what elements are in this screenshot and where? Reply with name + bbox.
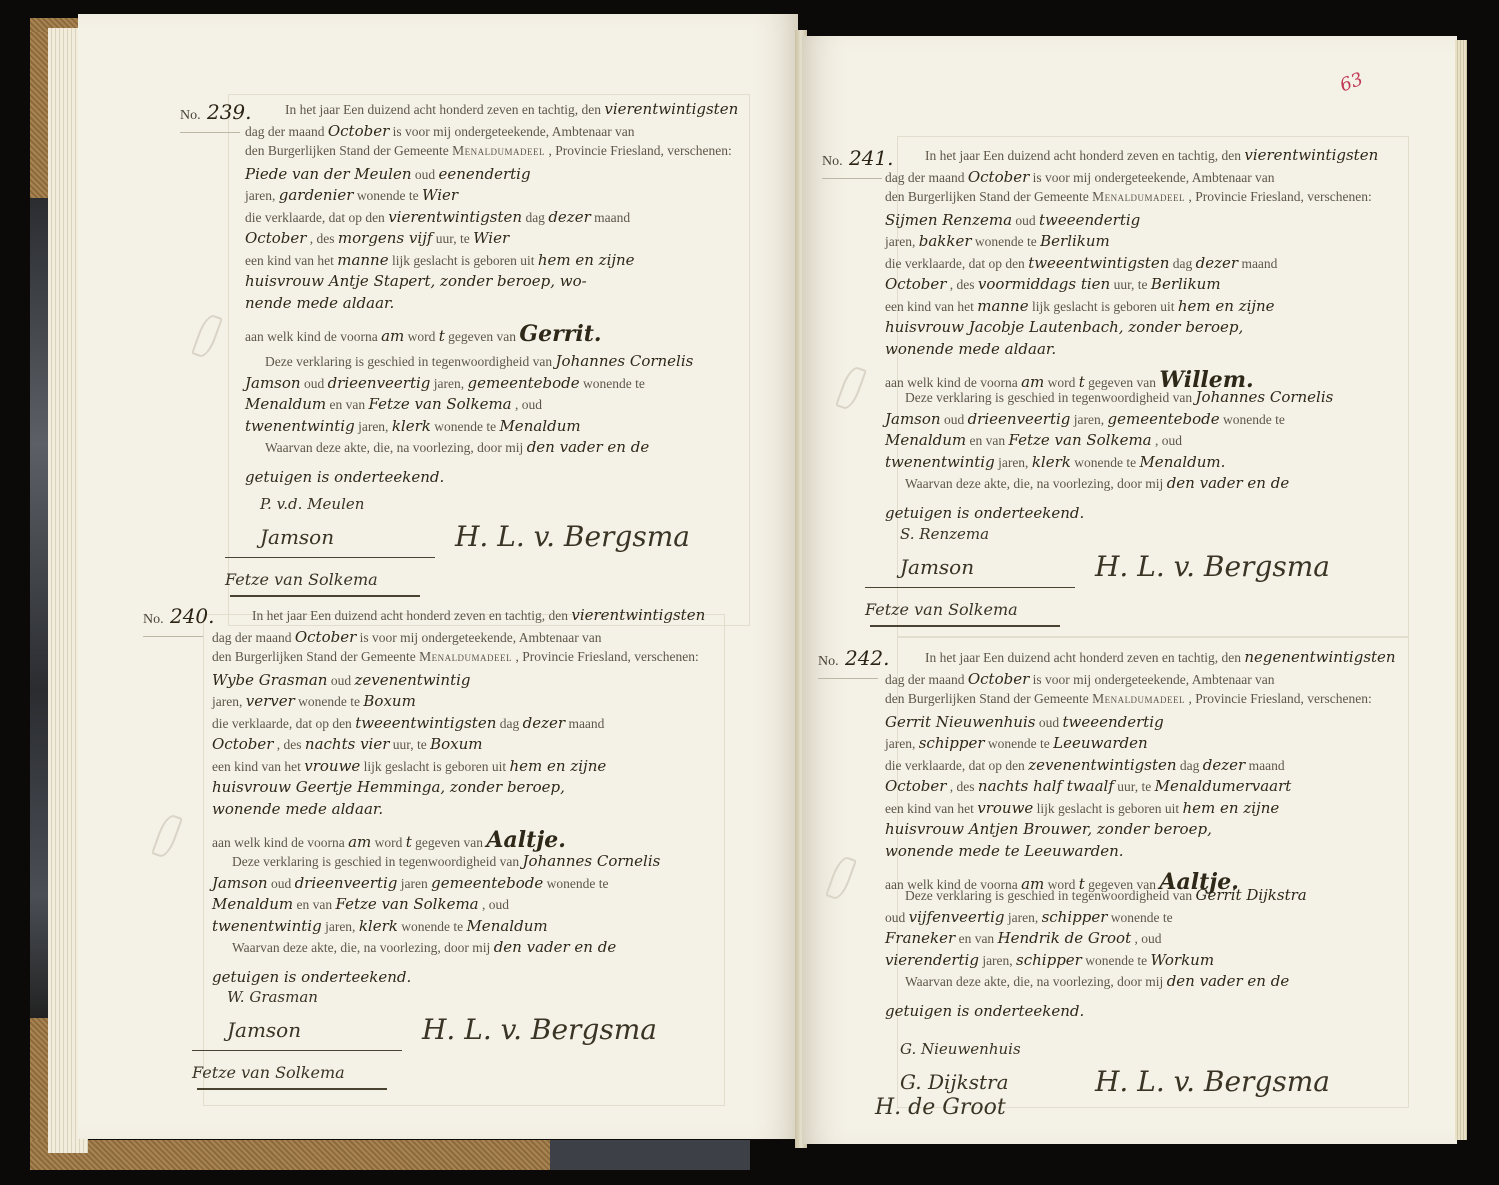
handwritten-entry: vierentwintigsten bbox=[604, 100, 738, 118]
printed-text: In het jaar Een duizend acht honderd zev… bbox=[285, 102, 601, 117]
printed-text: oud bbox=[1015, 213, 1035, 228]
signature-rule bbox=[865, 587, 1075, 588]
record-line: die verklaarde, dat op den vierentwintig… bbox=[245, 208, 630, 226]
printed-text: die verklaarde, dat op den bbox=[245, 210, 385, 225]
record-number-label: No. bbox=[180, 108, 201, 123]
printed-text: oud bbox=[271, 876, 291, 891]
printed-text: lijk geslacht is geboren uit bbox=[392, 253, 534, 268]
handwritten-entry: vierentwintigsten bbox=[571, 606, 705, 624]
printed-text: Deze verklaring is geschied in tegenwoor… bbox=[232, 854, 519, 869]
handwritten-entry: vrouwe bbox=[304, 757, 360, 775]
printed-text: aan welk kind de voorna bbox=[212, 835, 345, 850]
record-line: Waarvan deze akte, die, na voorlezing, d… bbox=[232, 938, 616, 956]
handwritten-entry: gardenier bbox=[279, 186, 354, 204]
record-line: October , des morgens vijf uur, te Wier bbox=[245, 229, 509, 247]
handwritten-entry: drieenveertig bbox=[328, 374, 431, 392]
record-line: oud vijfenveertig jaren, schipper wonend… bbox=[885, 908, 1173, 926]
record-line: Deze verklaring is geschied in tegenwoor… bbox=[265, 352, 693, 370]
printed-text: die verklaarde, dat op den bbox=[212, 716, 352, 731]
printed-text: Waarvan deze akte, die, na voorlezing, d… bbox=[905, 974, 1163, 989]
handwritten-entry: Franeker bbox=[885, 929, 955, 947]
record-line: Jamson oud drieenveertig jaren, gemeente… bbox=[885, 410, 1285, 428]
handwritten-entry: schipper bbox=[919, 734, 985, 752]
record-line: den Burgerlijken Stand der Gemeente Mena… bbox=[212, 649, 699, 665]
record-line: Jamson oud drieenveertig jaren, gemeente… bbox=[245, 374, 645, 392]
handwritten-entry: Menaldum bbox=[245, 395, 326, 413]
printed-text: is voor mij ondergeteekende, Ambtenaar v… bbox=[1033, 170, 1275, 185]
printed-text: en van bbox=[959, 931, 995, 946]
record-line: huisvrouw Antjen Brouwer, zonder beroep, bbox=[885, 820, 1212, 838]
printed-text: wonende te bbox=[583, 376, 645, 391]
printed-text: en van bbox=[297, 897, 333, 912]
printed-text: oud bbox=[304, 376, 324, 391]
handwritten-entry: wonende mede aldaar. bbox=[212, 800, 383, 818]
printed-text: , des bbox=[950, 779, 975, 794]
printed-text: maand bbox=[594, 210, 630, 225]
printed-text: Deze verklaring is geschied in tegenwoor… bbox=[905, 390, 1192, 405]
handwritten-entry: nende mede aldaar. bbox=[245, 294, 394, 312]
handwritten-entry: gemeentebode bbox=[431, 874, 543, 892]
handwritten-entry: bakker bbox=[919, 232, 972, 250]
printed-text: dag der maand bbox=[885, 672, 964, 687]
handwritten-entry: getuigen is onderteekend. bbox=[885, 1002, 1084, 1020]
printed-text: wonende te bbox=[434, 419, 496, 434]
printed-text: Waarvan deze akte, die, na voorlezing, d… bbox=[265, 440, 523, 455]
handwritten-entry: manne bbox=[337, 251, 388, 269]
printed-text: , des bbox=[310, 231, 335, 246]
record-line: In het jaar Een duizend acht honderd zev… bbox=[285, 100, 738, 118]
record-line: jaren, bakker wonende te Berlikum bbox=[885, 232, 1110, 250]
printed-text: maand bbox=[1241, 256, 1277, 271]
handwritten-entry: tweeendertig bbox=[1039, 211, 1140, 229]
printed-text: wonende te bbox=[357, 188, 419, 203]
record-line: een kind van het vrouwe lijk geslacht is… bbox=[885, 799, 1279, 817]
printed-text: uur, te bbox=[436, 231, 470, 246]
record-number-rule bbox=[180, 132, 240, 133]
printed-text: wonende te bbox=[1111, 910, 1173, 925]
record-number-rule bbox=[822, 178, 882, 179]
printed-text: een kind van het bbox=[212, 759, 301, 774]
signature-official: H. L. v. Bergsma bbox=[455, 520, 690, 553]
handwritten-entry: Menaldumervaart bbox=[1155, 777, 1292, 795]
printed-text: , oud bbox=[1155, 433, 1182, 448]
printed-text: Menaldumadeel bbox=[1092, 189, 1185, 204]
record-line: Sijmen Renzema oud tweeendertig bbox=[885, 211, 1140, 229]
printed-text: jaren, bbox=[1008, 910, 1038, 925]
record-line: aan welk kind de voorna am word t gegeve… bbox=[245, 321, 602, 347]
printed-text: aan welk kind de voorna bbox=[245, 329, 378, 344]
handwritten-entry: Berlikum bbox=[1151, 275, 1221, 293]
pencil-mark bbox=[151, 812, 183, 860]
printed-text: jaren, bbox=[434, 376, 464, 391]
signature-official: H. L. v. Bergsma bbox=[1095, 550, 1330, 583]
handwritten-entry: October bbox=[245, 229, 306, 247]
printed-text: wonende te bbox=[988, 736, 1050, 751]
record-line: twenentwintig jaren, klerk wonende te Me… bbox=[212, 917, 548, 935]
printed-text: gegeven van bbox=[448, 329, 516, 344]
signature-witness-2: Fetze van Solkema bbox=[225, 570, 378, 589]
printed-text: die verklaarde, dat op den bbox=[885, 256, 1025, 271]
handwritten-entry: huisvrouw Geertje Hemminga, zonder beroe… bbox=[212, 778, 565, 796]
handwritten-entry: eenendertig bbox=[439, 165, 531, 183]
signature-witness-1: Jamson bbox=[260, 525, 334, 549]
handwritten-entry: vrouwe bbox=[977, 799, 1033, 817]
left-page bbox=[78, 14, 798, 1139]
handwritten-entry: gemeentebode bbox=[468, 374, 580, 392]
signature-father: S. Renzema bbox=[900, 525, 989, 543]
signature-witness-2: Fetze van Solkema bbox=[192, 1063, 345, 1082]
printed-text: dag der maand bbox=[245, 124, 324, 139]
printed-text: wonende te bbox=[401, 919, 463, 934]
handwritten-entry: vierendertig bbox=[885, 951, 979, 969]
printed-text: jaren, bbox=[245, 188, 275, 203]
record-line: Waarvan deze akte, die, na voorlezing, d… bbox=[265, 438, 649, 456]
handwritten-entry: hem en zijne bbox=[1178, 297, 1275, 315]
signature-rule bbox=[225, 557, 435, 558]
printed-text: , oud bbox=[1134, 931, 1161, 946]
handwritten-entry: Fetze van Solkema bbox=[1008, 431, 1151, 449]
record-line: die verklaarde, dat op den tweeentwintig… bbox=[212, 714, 604, 732]
handwritten-entry: twenentwintig bbox=[885, 453, 995, 471]
handwritten-entry: Boxum bbox=[430, 735, 482, 753]
record-line: een kind van het manne lijk geslacht is … bbox=[885, 297, 1275, 315]
printed-text: , des bbox=[950, 277, 975, 292]
printed-text: dag bbox=[525, 210, 545, 225]
signature-witness-1: Jamson bbox=[900, 555, 974, 579]
handwritten-entry: tweeentwintigsten bbox=[355, 714, 496, 732]
record-line: Deze verklaring is geschied in tegenwoor… bbox=[232, 852, 660, 870]
record-number-label: No. bbox=[143, 612, 164, 627]
handwritten-entry: Boxum bbox=[363, 692, 415, 710]
record-line: die verklaarde, dat op den tweeentwintig… bbox=[885, 254, 1277, 272]
record-number-rule bbox=[143, 636, 203, 637]
record-line: Menaldum en van Fetze van Solkema , oud bbox=[245, 395, 542, 413]
handwritten-entry: hem en zijne bbox=[538, 251, 635, 269]
handwritten-entry: Menaldum bbox=[499, 417, 580, 435]
handwritten-entry: klerk bbox=[1032, 453, 1071, 471]
record-line: twenentwintig jaren, klerk wonende te Me… bbox=[245, 417, 581, 435]
printed-text: den Burgerlijken Stand der Gemeente bbox=[885, 189, 1089, 204]
record-line: die verklaarde, dat op den zevenentwinti… bbox=[885, 756, 1285, 774]
record-line: October , des nachts half twaalf uur, te… bbox=[885, 777, 1291, 795]
handwritten-entry: den vader en de bbox=[494, 938, 617, 956]
handwritten-entry: Wybe Grasman bbox=[212, 671, 327, 689]
signature-witness-1: G. Dijkstra bbox=[900, 1070, 1009, 1094]
signature-underline bbox=[870, 625, 1060, 627]
printed-text: een kind van het bbox=[245, 253, 334, 268]
printed-text: gegeven van bbox=[415, 835, 483, 850]
handwritten-entry: getuigen is onderteekend. bbox=[885, 504, 1084, 522]
printed-text: is voor mij ondergeteekende, Ambtenaar v… bbox=[1033, 672, 1275, 687]
record-line: een kind van het vrouwe lijk geslacht is… bbox=[212, 757, 606, 775]
record-line: getuigen is onderteekend. bbox=[245, 468, 444, 486]
record-line: dag der maand October is voor mij onderg… bbox=[245, 122, 635, 140]
printed-text: oud bbox=[1039, 715, 1059, 730]
record-line: getuigen is onderteekend. bbox=[212, 968, 411, 986]
record-line: jaren, gardenier wonende te Wier bbox=[245, 186, 458, 204]
printed-text: oud bbox=[415, 167, 435, 182]
handwritten-entry: drieenveertig bbox=[968, 410, 1071, 428]
handwritten-entry: tweeentwintigsten bbox=[1028, 254, 1169, 272]
printed-text: jaren, bbox=[212, 694, 242, 709]
printed-text: maand bbox=[568, 716, 604, 731]
handwritten-entry: zevenentwintigsten bbox=[1028, 756, 1176, 774]
printed-text: jaren, bbox=[325, 919, 355, 934]
given-name: Gerrit. bbox=[519, 321, 601, 347]
printed-text: , des bbox=[277, 737, 302, 752]
printed-text: lijk geslacht is geboren uit bbox=[364, 759, 506, 774]
signature-witness-2: H. de Groot bbox=[875, 1095, 1006, 1120]
printed-text: jaren, bbox=[998, 455, 1028, 470]
handwritten-entry: October bbox=[885, 275, 946, 293]
handwritten-entry: dezer bbox=[1203, 756, 1245, 774]
record-line: Waarvan deze akte, die, na voorlezing, d… bbox=[905, 474, 1289, 492]
record-line: wonende mede aldaar. bbox=[885, 340, 1056, 358]
record-number: No. 240. bbox=[143, 604, 215, 628]
printed-text: en van bbox=[330, 397, 366, 412]
printed-text: wonende te bbox=[298, 694, 360, 709]
printed-text: een kind van het bbox=[885, 801, 974, 816]
given-name: Aaltje. bbox=[486, 827, 565, 853]
record-line: Deze verklaring is geschied in tegenwoor… bbox=[905, 388, 1333, 406]
handwritten-entry: zevenentwintig bbox=[354, 671, 470, 689]
handwritten-entry: vierentwintigsten bbox=[1244, 146, 1378, 164]
handwritten-entry: Menaldum bbox=[885, 431, 966, 449]
signature-official: H. L. v. Bergsma bbox=[1095, 1065, 1330, 1098]
record-line: jaren, verver wonende te Boxum bbox=[212, 692, 416, 710]
handwritten-entry: dezer bbox=[548, 208, 590, 226]
handwritten-entry: October bbox=[968, 670, 1029, 688]
printed-text: , oud bbox=[515, 397, 542, 412]
printed-text: Deze verklaring is geschied in tegenwoor… bbox=[905, 888, 1192, 903]
page-stack-edge-right bbox=[1455, 40, 1467, 1140]
printed-text: oud bbox=[885, 910, 905, 925]
handwritten-entry: twenentwintig bbox=[245, 417, 355, 435]
handwritten-entry: den vader en de bbox=[1167, 474, 1290, 492]
handwritten-entry: Wier bbox=[473, 229, 509, 247]
handwritten-entry: getuigen is onderteekend. bbox=[245, 468, 444, 486]
printed-text: den Burgerlijken Stand der Gemeente bbox=[245, 143, 449, 158]
printed-text: , Provincie Friesland, verschenen: bbox=[548, 143, 731, 158]
handwritten-entry: Menaldum. bbox=[1139, 453, 1225, 471]
record-line: getuigen is onderteekend. bbox=[885, 1002, 1084, 1020]
record-line: een kind van het manne lijk geslacht is … bbox=[245, 251, 635, 269]
printed-text: wonende te bbox=[547, 876, 609, 891]
record-line: aan welk kind de voorna am word t gegeve… bbox=[212, 827, 566, 853]
printed-text: jaren, bbox=[358, 419, 388, 434]
printed-text: en van bbox=[970, 433, 1006, 448]
printed-text: uur, te bbox=[393, 737, 427, 752]
handwritten-entry: klerk bbox=[392, 417, 431, 435]
printed-text: Waarvan deze akte, die, na voorlezing, d… bbox=[232, 940, 490, 955]
printed-text: In het jaar Een duizend acht honderd zev… bbox=[925, 148, 1241, 163]
printed-text: dag bbox=[1173, 256, 1193, 271]
printed-text: dag bbox=[500, 716, 520, 731]
printed-text: oud bbox=[331, 673, 351, 688]
record-line: October , des voormiddags tien uur, te B… bbox=[885, 275, 1221, 293]
handwritten-entry: Jamson bbox=[212, 874, 268, 892]
printed-text: jaren, bbox=[982, 953, 1012, 968]
printed-text: , Provincie Friesland, verschenen: bbox=[1188, 691, 1371, 706]
handwritten-entry: klerk bbox=[359, 917, 398, 935]
printed-text: oud bbox=[944, 412, 964, 427]
handwritten-entry: October bbox=[968, 168, 1029, 186]
printed-text: Waarvan deze akte, die, na voorlezing, d… bbox=[905, 476, 1163, 491]
printed-text: Menaldumadeel bbox=[452, 143, 545, 158]
record-number-rule bbox=[818, 678, 878, 679]
record-line: wonende mede te Leeuwarden. bbox=[885, 842, 1124, 860]
printed-text: uur, te bbox=[1114, 277, 1148, 292]
handwritten-entry: Sijmen Renzema bbox=[885, 211, 1012, 229]
printed-text: lijk geslacht is geboren uit bbox=[1037, 801, 1179, 816]
signature-father: G. Nieuwenhuis bbox=[900, 1040, 1021, 1058]
record-line: Menaldum en van Fetze van Solkema , oud bbox=[212, 895, 509, 913]
printed-text: wonende te bbox=[1074, 455, 1136, 470]
record-line: Deze verklaring is geschied in tegenwoor… bbox=[905, 886, 1307, 904]
record-line: huisvrouw Antje Stapert, zonder beroep, … bbox=[245, 272, 587, 290]
handwritten-entry: verver bbox=[246, 692, 295, 710]
signature-witness-2: Fetze van Solkema bbox=[865, 600, 1018, 619]
handwritten-entry: Leeuwarden bbox=[1053, 734, 1147, 752]
marbled-board-bottom bbox=[550, 1140, 750, 1170]
record-line: den Burgerlijken Stand der Gemeente Mena… bbox=[885, 189, 1372, 205]
handwritten-entry: schipper bbox=[1016, 951, 1082, 969]
book-cover-bottom bbox=[30, 1140, 750, 1170]
handwritten-entry: October bbox=[212, 735, 273, 753]
handwritten-entry: Piede van der Meulen bbox=[245, 165, 412, 183]
handwritten-entry: Wier bbox=[422, 186, 458, 204]
record-line: In het jaar Een duizend acht honderd zev… bbox=[925, 648, 1396, 666]
handwritten-entry: drieenveertig bbox=[295, 874, 398, 892]
record-line: October , des nachts vier uur, te Boxum bbox=[212, 735, 483, 753]
printed-text: , Provincie Friesland, verschenen: bbox=[1188, 189, 1371, 204]
handwritten-entry: nachts half twaalf bbox=[978, 777, 1114, 795]
printed-text: is voor mij ondergeteekende, Ambtenaar v… bbox=[393, 124, 635, 139]
record-number: No. 241. bbox=[822, 146, 894, 170]
signature-underline bbox=[197, 1088, 387, 1090]
handwritten-entry: Hendrik de Groot bbox=[998, 929, 1132, 947]
printed-text: jaren, bbox=[1074, 412, 1104, 427]
record-line: nende mede aldaar. bbox=[245, 294, 394, 312]
printed-text: Menaldumadeel bbox=[419, 649, 512, 664]
printed-text: , oud bbox=[482, 897, 509, 912]
printed-text: is voor mij ondergeteekende, Ambtenaar v… bbox=[360, 630, 602, 645]
handwritten-entry: dezer bbox=[523, 714, 565, 732]
record-number-value: 242. bbox=[839, 646, 890, 670]
printed-text: jaren, bbox=[885, 234, 915, 249]
record-line: Waarvan deze akte, die, na voorlezing, d… bbox=[905, 972, 1289, 990]
printed-text: jaren, bbox=[885, 736, 915, 751]
printed-text: een kind van het bbox=[885, 299, 974, 314]
handwritten-entry: Johannes Cornelis bbox=[523, 852, 661, 870]
printed-text: lijk geslacht is geboren uit bbox=[1032, 299, 1174, 314]
handwritten-entry: huisvrouw Antje Stapert, zonder beroep, … bbox=[245, 272, 587, 290]
signature-father: W. Grasman bbox=[227, 988, 318, 1006]
record-line: dag der maand October is voor mij onderg… bbox=[212, 628, 602, 646]
record-line: huisvrouw Jacobje Lautenbach, zonder ber… bbox=[885, 318, 1243, 336]
printed-text: maand bbox=[1249, 758, 1285, 773]
record-line: getuigen is onderteekend. bbox=[885, 504, 1084, 522]
pencil-mark bbox=[191, 312, 223, 360]
handwritten-entry: nachts vier bbox=[305, 735, 389, 753]
signature-rule bbox=[192, 1050, 402, 1051]
record-line: dag der maand October is voor mij onderg… bbox=[885, 168, 1275, 186]
handwritten-entry: Fetze van Solkema bbox=[368, 395, 511, 413]
handwritten-entry: twenentwintig bbox=[212, 917, 322, 935]
handwritten-entry: October bbox=[885, 777, 946, 795]
handwritten-entry: t bbox=[406, 833, 412, 851]
printed-text: In het jaar Een duizend acht honderd zev… bbox=[252, 608, 568, 623]
record-number: No. 242. bbox=[818, 646, 890, 670]
printed-text: den Burgerlijken Stand der Gemeente bbox=[885, 691, 1089, 706]
signature-underline bbox=[230, 595, 420, 597]
handwritten-entry: hem en zijne bbox=[1183, 799, 1280, 817]
record-number-value: 239. bbox=[201, 100, 252, 124]
handwritten-entry: hem en zijne bbox=[510, 757, 607, 775]
handwritten-entry: manne bbox=[977, 297, 1028, 315]
signature-father: P. v.d. Meulen bbox=[260, 495, 364, 513]
printed-text: jaren bbox=[401, 876, 428, 891]
handwritten-entry: voormiddags tien bbox=[978, 275, 1110, 293]
handwritten-entry: negenentwintigsten bbox=[1244, 648, 1395, 666]
record-number-value: 241. bbox=[843, 146, 894, 170]
record-number: No. 239. bbox=[180, 100, 252, 124]
handwritten-entry: getuigen is onderteekend. bbox=[212, 968, 411, 986]
printed-text: dag der maand bbox=[212, 630, 291, 645]
printed-text: dag bbox=[1180, 758, 1200, 773]
handwritten-entry: dezer bbox=[1196, 254, 1238, 272]
pencil-mark bbox=[835, 364, 867, 412]
record-line: huisvrouw Geertje Hemminga, zonder beroe… bbox=[212, 778, 565, 796]
handwritten-entry: Johannes Cornelis bbox=[556, 352, 694, 370]
handwritten-entry: Gerrit Dijkstra bbox=[1196, 886, 1307, 904]
printed-text: den Burgerlijken Stand der Gemeente bbox=[212, 649, 416, 664]
handwritten-entry: Berlikum bbox=[1040, 232, 1110, 250]
record-number-label: No. bbox=[818, 654, 839, 669]
handwritten-entry: huisvrouw Antjen Brouwer, zonder beroep, bbox=[885, 820, 1212, 838]
record-number-value: 240. bbox=[164, 604, 215, 628]
handwritten-entry: am bbox=[381, 327, 404, 345]
handwritten-entry: vijfenveertig bbox=[909, 908, 1005, 926]
pencil-mark bbox=[825, 854, 857, 902]
printed-text: , Provincie Friesland, verschenen: bbox=[515, 649, 698, 664]
handwritten-entry: Johannes Cornelis bbox=[1196, 388, 1334, 406]
record-line: Piede van der Meulen oud eenendertig bbox=[245, 165, 531, 183]
printed-text: In het jaar Een duizend acht honderd zev… bbox=[925, 650, 1241, 665]
handwritten-entry: Menaldum bbox=[466, 917, 547, 935]
record-line: In het jaar Een duizend acht honderd zev… bbox=[252, 606, 705, 624]
record-line: den Burgerlijken Stand der Gemeente Mena… bbox=[245, 143, 732, 159]
handwritten-entry: gemeentebode bbox=[1108, 410, 1220, 428]
printed-text: dag der maand bbox=[885, 170, 964, 185]
record-number-label: No. bbox=[822, 154, 843, 169]
record-line: Wybe Grasman oud zevenentwintig bbox=[212, 671, 471, 689]
printed-text: wonende te bbox=[1085, 953, 1147, 968]
signature-witness-1: Jamson bbox=[227, 1018, 301, 1042]
handwritten-entry: t bbox=[439, 327, 445, 345]
handwritten-entry: den vader en de bbox=[527, 438, 650, 456]
printed-text: uur, te bbox=[1117, 779, 1151, 794]
printed-text: word bbox=[375, 835, 403, 850]
record-line: twenentwintig jaren, klerk wonende te Me… bbox=[885, 453, 1225, 471]
handwritten-entry: Jamson bbox=[245, 374, 301, 392]
handwritten-entry: October bbox=[328, 122, 389, 140]
printed-text: wonende te bbox=[1223, 412, 1285, 427]
record-line: dag der maand October is voor mij onderg… bbox=[885, 670, 1275, 688]
record-line: jaren, schipper wonende te Leeuwarden bbox=[885, 734, 1148, 752]
signature-official: H. L. v. Bergsma bbox=[422, 1013, 657, 1046]
printed-text: Deze verklaring is geschied in tegenwoor… bbox=[265, 354, 552, 369]
